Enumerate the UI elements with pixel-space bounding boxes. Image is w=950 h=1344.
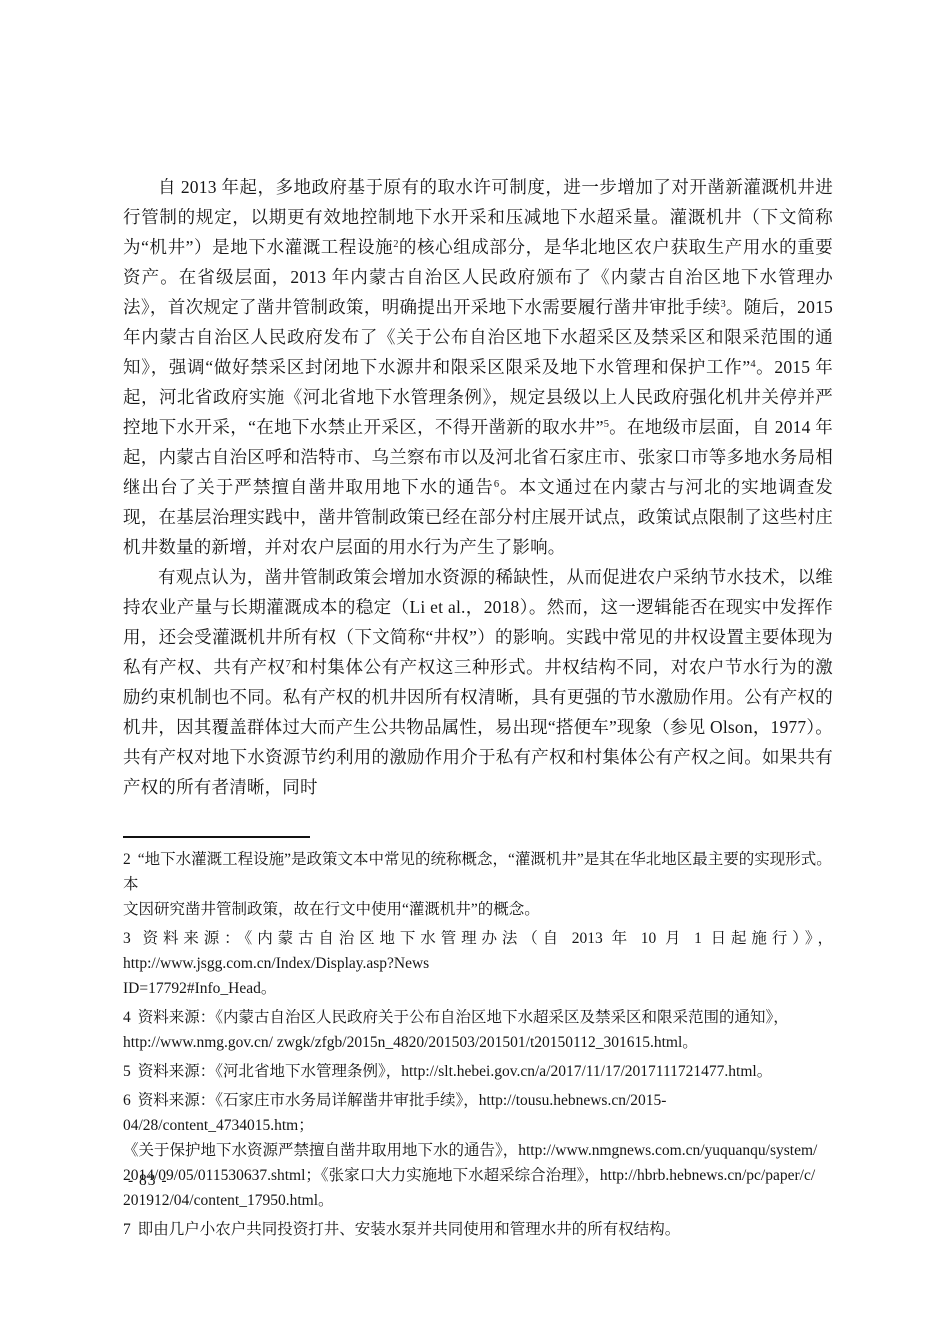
footnote-line: 5资料来源：《河北省地下水管理条例》，http://slt.hebei.gov.…: [123, 1059, 833, 1084]
footnote-ref: 4: [750, 359, 755, 370]
footnote-line: http://www.nmg.gov.cn/ zwgk/zfgb/2015n_4…: [123, 1030, 833, 1055]
page-content: 自 2013 年起，多地政府基于原有的取水许可制度，进一步增加了对开凿新灌溉机井…: [123, 172, 833, 1246]
footnote-line: http://www.jsgg.com.cn/Index/Display.asp…: [123, 951, 833, 976]
footnote-ref: 3: [720, 299, 725, 310]
footnote: 4资料来源：《内蒙古自治区人民政府关于公布自治区地下水超采区及禁采区和限采范围的…: [123, 1005, 833, 1055]
footnote-marker: 7: [123, 1221, 131, 1238]
footnote: 7即由几户小农户共同投资打井、安装水泵并共同使用和管理水井的所有权结构。: [123, 1217, 833, 1242]
footnote-marker: 5: [123, 1063, 131, 1080]
page-number: - 83 -: [128, 1172, 168, 1190]
footnote-line: 7即由几户小农户共同投资打井、安装水泵并共同使用和管理水井的所有权结构。: [123, 1217, 833, 1242]
footnote: 5资料来源：《河北省地下水管理条例》，http://slt.hebei.gov.…: [123, 1059, 833, 1084]
footnote-ref: 7: [286, 659, 291, 670]
footnote-ref: 5: [604, 419, 609, 430]
footnote-line: 3资料来源：《内蒙古自治区地下水管理办法（自 2013 年 10 月 1 日起施…: [123, 926, 833, 951]
body-paragraph: 有观点认为，凿井管制政策会增加水资源的稀缺性，从而促进农户采纳节水技术，以维持农…: [123, 562, 833, 802]
footnote-line: 4资料来源：《内蒙古自治区人民政府关于公布自治区地下水超采区及禁采区和限采范围的…: [123, 1005, 833, 1030]
footnote-ref: 2: [393, 239, 398, 250]
footnote-marker: 6: [123, 1092, 131, 1109]
footnote-ref: 6: [494, 479, 499, 490]
footnote: 6资料来源：《石家庄市水务局详解凿井审批手续》，http://tousu.heb…: [123, 1088, 833, 1213]
body-paragraph: 自 2013 年起，多地政府基于原有的取水许可制度，进一步增加了对开凿新灌溉机井…: [123, 172, 833, 562]
footnote-line: 文因研究凿井管制政策，故在行文中使用“灌溉机井”的概念。: [123, 897, 833, 922]
footnote-marker: 4: [123, 1009, 131, 1026]
footnote: 2“地下水灌溉工程设施”是政策文本中常见的统称概念，“灌溉机井”是其在华北地区最…: [123, 847, 833, 922]
footnote-line: 《关于保护地下水资源严禁擅自凿井取用地下水的通告》，http://www.nmg…: [123, 1138, 833, 1163]
footnote-line: 2014/09/05/011530637.shtml；《张家口大力实施地下水超采…: [123, 1163, 833, 1188]
footnote-marker: 2: [123, 851, 131, 868]
footnote-line: 201912/04/content_17950.html。: [123, 1188, 833, 1213]
footnote-line: 6资料来源：《石家庄市水务局详解凿井审批手续》，http://tousu.heb…: [123, 1088, 833, 1138]
footnote-marker: 3: [123, 930, 131, 947]
footnote-line: 2“地下水灌溉工程设施”是政策文本中常见的统称概念，“灌溉机井”是其在华北地区最…: [123, 847, 833, 897]
body-text: 自 2013 年起，多地政府基于原有的取水许可制度，进一步增加了对开凿新灌溉机井…: [123, 172, 833, 802]
document-page: 自 2013 年起，多地政府基于原有的取水许可制度，进一步增加了对开凿新灌溉机井…: [0, 0, 950, 1344]
footnote-separator: [123, 836, 310, 838]
footnotes-section: 2“地下水灌溉工程设施”是政策文本中常见的统称概念，“灌溉机井”是其在华北地区最…: [123, 847, 833, 1242]
footnote-line: ID=17792#Info_Head。: [123, 976, 833, 1001]
footnote: 3资料来源：《内蒙古自治区地下水管理办法（自 2013 年 10 月 1 日起施…: [123, 926, 833, 1001]
